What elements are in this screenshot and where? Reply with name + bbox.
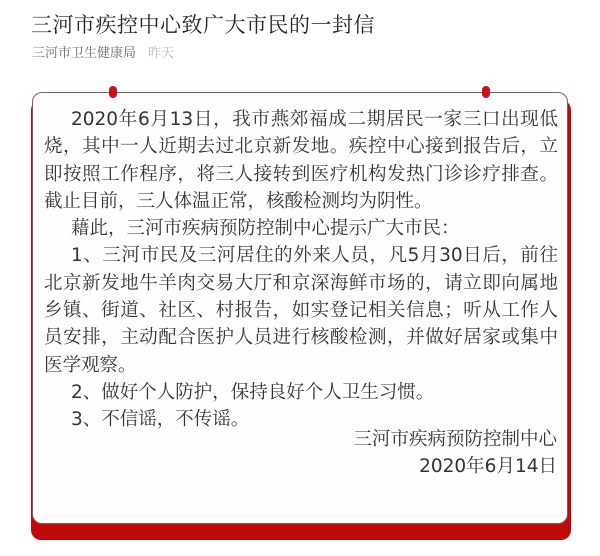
pin-icon — [109, 86, 117, 98]
pin-icon — [482, 86, 490, 98]
letter-paragraph: 2020年6月13日，我市燕郊福成二期居民一家三口出现低烧，其中一人近期去过北京… — [44, 106, 558, 215]
article-meta: 三河市卫生健康局 昨天 — [32, 45, 174, 63]
author-link[interactable]: 三河市卫生健康局 — [32, 46, 136, 61]
article-title: 三河市疾控中心致广大市民的一封信 — [31, 10, 375, 40]
letter-paragraph: 2、做好个人防护，保持良好个人卫生习惯。 — [44, 379, 558, 406]
publish-time: 昨天 — [148, 46, 174, 61]
letter-signature: 三河市疾病预防控制中心 2020年6月14日 — [353, 426, 557, 480]
letter-body: 2020年6月13日，我市燕郊福成二期居民一家三口出现低烧，其中一人近期去过北京… — [44, 106, 558, 434]
letter-paragraph: 1、三河市民及三河居住的外来人员，凡5月30日后，前往北京新发地牛羊肉交易大厅和… — [44, 242, 558, 378]
signature-date: 2020年6月14日 — [353, 453, 557, 480]
signature-organization: 三河市疾病预防控制中心 — [353, 426, 557, 453]
letter-paragraph: 藉此，三河市疾病预防控制中心提示广大市民： — [44, 215, 558, 242]
